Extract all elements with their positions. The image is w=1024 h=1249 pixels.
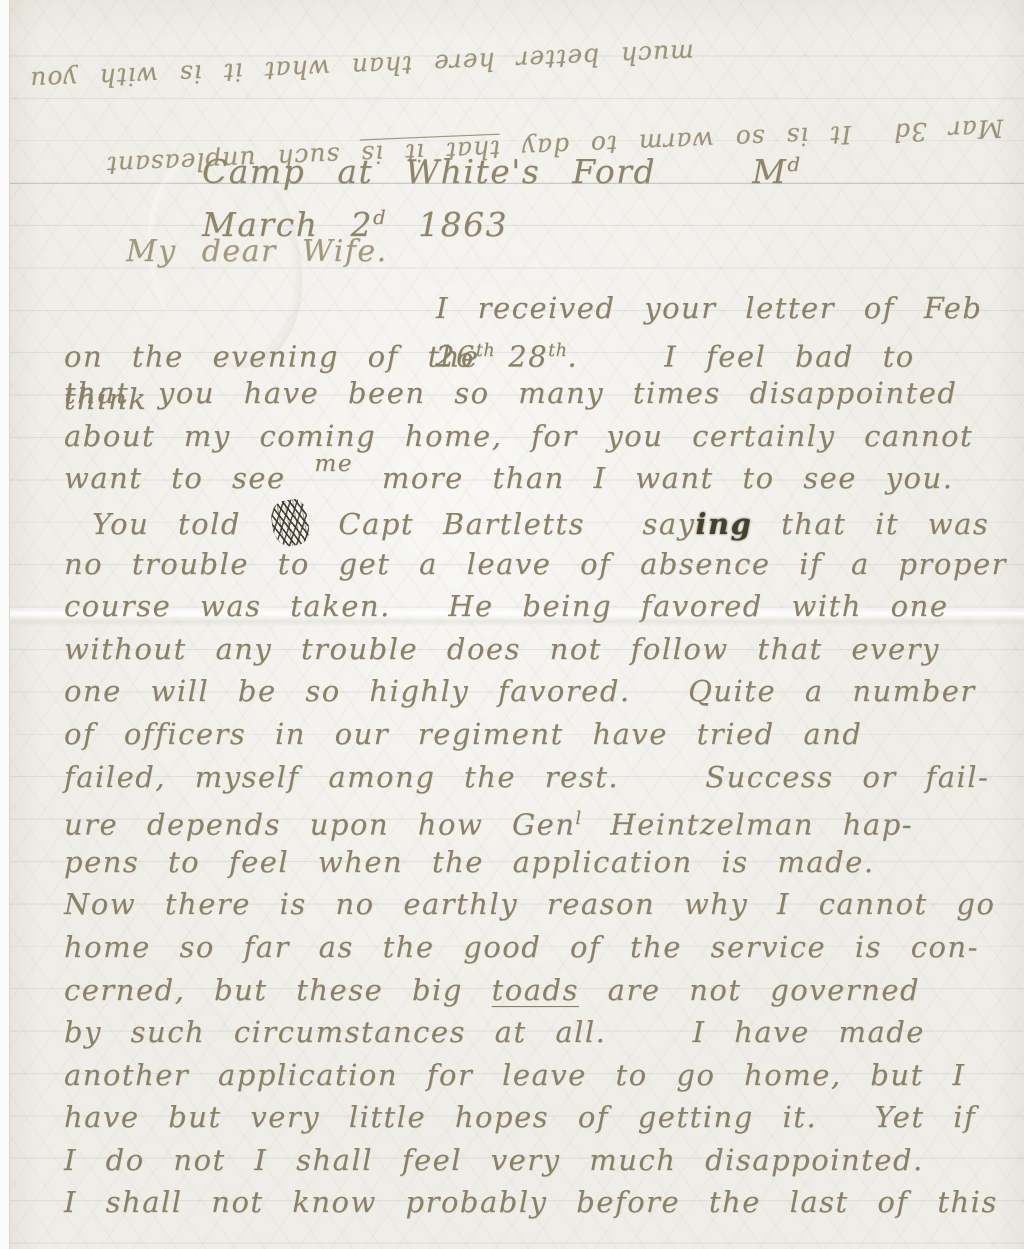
text-segment: no trouble to get a leave of absence if … <box>64 547 1007 581</box>
text-segment: failed, myself among the rest. Success o… <box>64 760 989 794</box>
text-segment: without any trouble does not follow that… <box>64 632 940 666</box>
letter-line: I shall not know probably before the las… <box>64 1181 1012 1224</box>
letter-line: no trouble to get a leave of absence if … <box>64 543 1012 586</box>
letter-line: by such circumstances at all. I have mad… <box>64 1011 1012 1054</box>
text-segment: I do not I shall feel very much disappoi… <box>64 1143 924 1177</box>
letter-line: ure depends upon how Genl Heintzelman ha… <box>64 798 1012 841</box>
letter-line: about my coming home, for you certainly … <box>64 415 1012 458</box>
text-segment: d <box>787 153 800 176</box>
text-segment: that it was <box>752 507 989 541</box>
text-segment: th <box>548 341 567 361</box>
text-segment: d <box>373 206 386 229</box>
letter-line: failed, myself among the rest. Success o… <box>64 756 1012 799</box>
text-segment: have but very little hopes of getting it… <box>64 1100 976 1134</box>
text-segment: 1863 <box>386 205 508 244</box>
letter-line: without any trouble does not follow that… <box>64 628 1012 671</box>
text-segment: You told <box>92 507 270 541</box>
text-segment: Capt Bartletts say <box>310 507 696 541</box>
letter-body: I received your letter of Feb 26thon the… <box>64 287 1012 1224</box>
text-segment: another application for leave to go home… <box>64 1058 965 1092</box>
text-segment: on the evening of the 28 <box>64 339 548 373</box>
letter-line: You told Capt Bartletts saying that it w… <box>64 500 1012 543</box>
text-segment: course was taken. He being favored with … <box>64 589 948 623</box>
text-segment: toads <box>492 973 579 1007</box>
text-segment: cerned, but these big <box>64 973 492 1007</box>
text-segment: want to see <box>64 461 314 495</box>
letter-line: pens to feel when the application is mad… <box>64 841 1012 884</box>
letter-line: course was taken. He being favored with … <box>64 585 1012 628</box>
letter-line: of officers in our regiment have tried a… <box>64 713 1012 756</box>
letter-line: want to see me more than I want to see y… <box>64 457 1012 500</box>
text-segment: are not governed <box>579 973 920 1007</box>
scan-left-edge <box>0 0 10 1249</box>
letter-line: home so far as the good of the service i… <box>64 926 1012 969</box>
text-segment: ing <box>696 507 753 541</box>
letter-line: that you have been so many times disappo… <box>64 372 1012 415</box>
letter-line: on the evening of the 28th. I feel bad t… <box>64 330 1012 373</box>
text-segment: more than I want to see you. <box>353 461 953 495</box>
text-segment: I shall not know probably before the las… <box>64 1185 998 1219</box>
text-segment: me <box>314 450 353 477</box>
letter-line: I received your letter of Feb 26th <box>64 287 1012 330</box>
text-segment: ure depends upon how Gen <box>64 808 576 842</box>
crossed-out-scribble <box>268 497 311 549</box>
letter-scan: Mar 3d It is so warm to day that it is s… <box>0 0 1024 1249</box>
text-segment: Camp at White's Ford M <box>202 152 787 191</box>
text-segment: Heintzelman hap- <box>582 808 914 842</box>
letter-line: another application for leave to go home… <box>64 1054 1012 1097</box>
salutation: My dear Wife. <box>126 232 388 272</box>
text-segment: by such circumstances at all. I have mad… <box>64 1015 925 1049</box>
text-segment: of officers in our regiment have tried a… <box>64 717 862 751</box>
letter-line: I do not I shall feel very much disappoi… <box>64 1139 1012 1182</box>
letter-line: cerned, but these big toads are not gove… <box>64 969 1012 1012</box>
letter-line: one will be so highly favored. Quite a n… <box>64 670 1012 713</box>
text-segment: that you have been so many times disappo… <box>64 376 958 410</box>
text-segment: Now there is no earthly reason why I can… <box>64 887 995 921</box>
letter-line: Now there is no earthly reason why I can… <box>64 883 1012 926</box>
text-segment: pens to feel when the application is mad… <box>64 845 875 879</box>
letter-line: have but very little hopes of getting it… <box>64 1096 1012 1139</box>
text-segment: one will be so highly favored. Quite a n… <box>64 674 976 708</box>
text-segment: home so far as the good of the service i… <box>64 930 979 964</box>
text-segment: about my coming home, for you certainly … <box>64 419 973 453</box>
